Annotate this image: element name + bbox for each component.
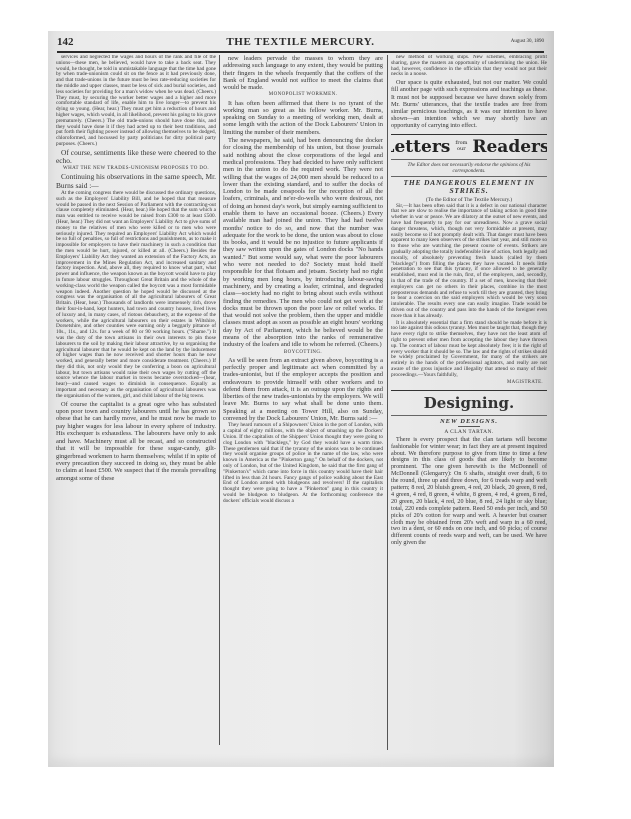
- article-paragraph: new method of working ships. New schemes…: [391, 55, 547, 78]
- section-subhead: MONOPOLIST WORKMEN.: [223, 92, 383, 98]
- letter-paragraph: It is absolutely essential that a firm s…: [391, 321, 547, 379]
- section-rule: [391, 134, 547, 135]
- section-subhead: BOYCOTTING.: [223, 350, 383, 356]
- letter-salutation: (To the Editor of The Textile Mercury.): [391, 197, 547, 203]
- section-rule: [391, 159, 547, 160]
- section-rule: [391, 390, 547, 391]
- designing-banner: Designing.: [391, 393, 547, 413]
- letters-banner: Letters from our Readers.: [391, 137, 547, 157]
- article-paragraph: There is every prospect that the clan ta…: [391, 437, 547, 548]
- designs-title: NEW DESIGNS.: [391, 419, 547, 425]
- banner-word-readers: Readers.: [472, 137, 547, 157]
- letter-paragraph: Sir,—It has been often said that it is a…: [391, 204, 547, 320]
- quoted-speech: They heard rumours of a Shipowners' Unio…: [223, 423, 383, 504]
- masthead: THE TEXTILE MERCURY.: [57, 36, 544, 48]
- short-rule: [458, 426, 480, 427]
- issue-date: August 30, 1890: [511, 39, 544, 44]
- article-paragraph: As will be seen from an extract given ab…: [223, 357, 383, 423]
- article-paragraph: Of course, sentiments like these were ch…: [56, 149, 216, 166]
- letter-title: THE DANGEROUS ELEMENT IN STRIKES.: [391, 179, 547, 196]
- article-paragraph: It has often been affirmed that there is…: [223, 100, 383, 136]
- section-rule: [391, 176, 547, 177]
- column-divider: [387, 55, 388, 750]
- column-divider: [219, 55, 220, 745]
- letter-signature: MAGISTRATE.: [391, 380, 543, 386]
- section-rule: [391, 415, 547, 416]
- article-paragraph: Our space is quite exhausted, but not ou…: [391, 79, 547, 129]
- clan-title: A CLAN TARTAN.: [391, 429, 547, 435]
- editor-note: The Editor does not necessarily endorse …: [391, 162, 547, 174]
- banner-word-letters: Letters: [391, 137, 450, 157]
- article-paragraph: The newspapers, he said, had been denoun…: [223, 137, 383, 349]
- page-header: 142 THE TEXTILE MERCURY. August 30, 1890: [57, 35, 544, 53]
- banner-from-our: from our: [455, 141, 467, 152]
- article-paragraph: services and neglected the wages and hou…: [56, 55, 216, 148]
- article-paragraph: new leaders pervade the masses to whom t…: [223, 55, 383, 91]
- article-paragraph: Continuing his observations in the same …: [56, 173, 216, 190]
- column-1: services and neglected the wages and hou…: [56, 55, 216, 755]
- quoted-speech: At the coming congress there would be di…: [56, 191, 216, 400]
- article-paragraph: Of course the capitalist is a great ogre…: [56, 401, 216, 482]
- column-2: new leaders pervade the masses to whom t…: [223, 55, 383, 755]
- column-3: new method of working ships. New schemes…: [391, 55, 547, 755]
- newspaper-page: 142 THE TEXTILE MERCURY. August 30, 1890…: [48, 31, 554, 767]
